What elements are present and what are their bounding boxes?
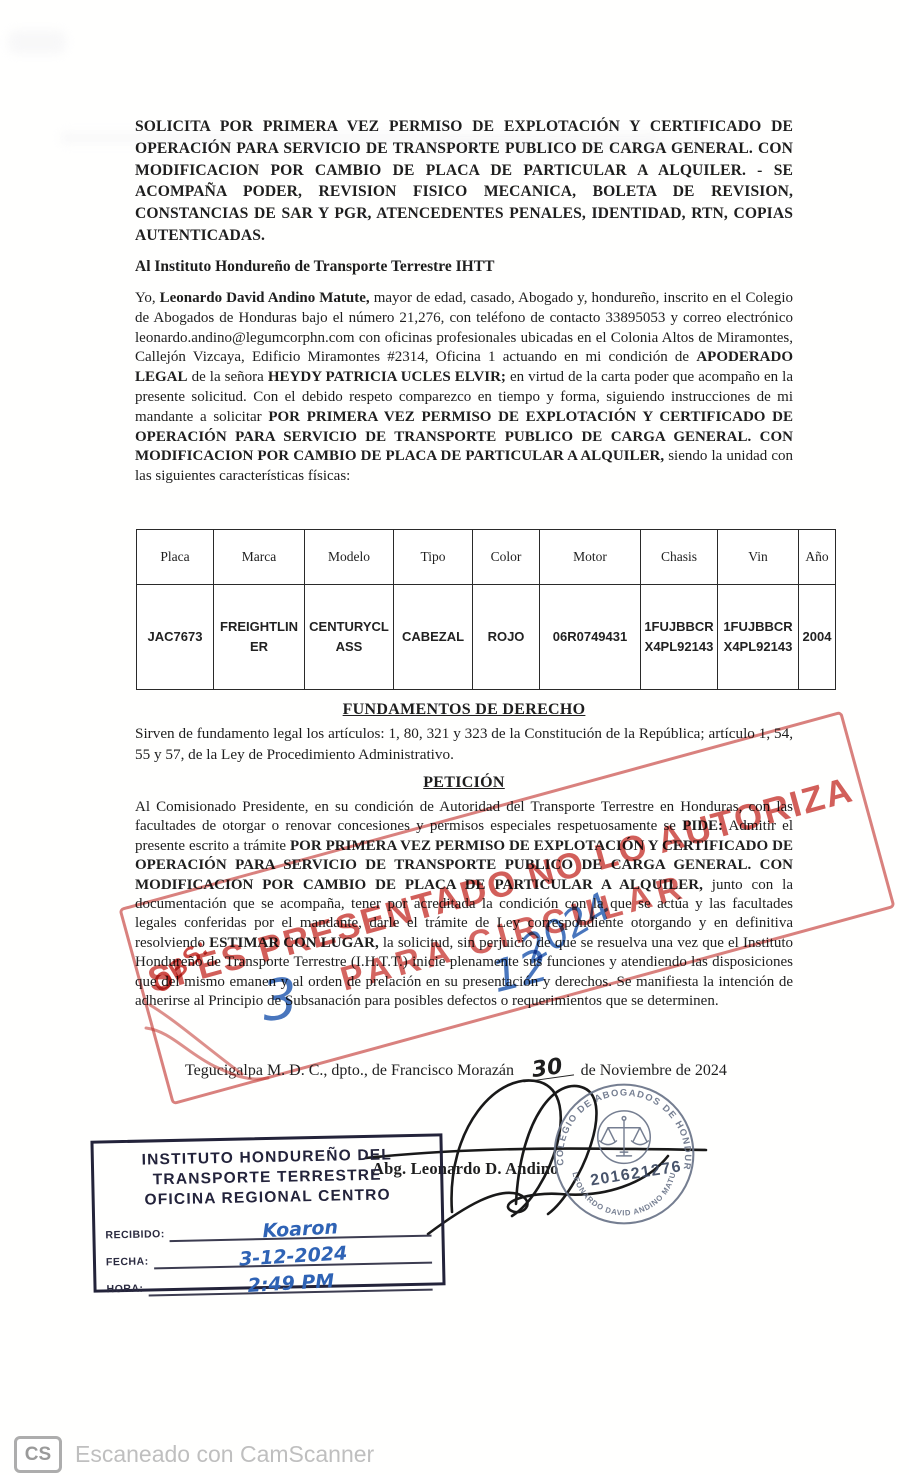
table-header-cell: Año <box>799 530 836 585</box>
table-header-cell: Modelo <box>305 530 394 585</box>
bar-association-seal: COLEGIO DE ABOGADOS DE HONDURAS LEONARDO… <box>549 1079 699 1229</box>
fundamentos-title: FUNDAMENTOS DE DERECHO <box>135 701 793 719</box>
bold-text-run: PIDE: <box>682 818 723 834</box>
peticion-title: PETICIÓN <box>135 774 793 792</box>
scales-of-justice-icon <box>600 1117 649 1156</box>
camscanner-footer-text: Escaneado con CamScanner <box>75 1441 374 1468</box>
svg-text:COLEGIO DE ABOGADOS DE HONDURA: COLEGIO DE ABOGADOS DE HONDURAS <box>549 1079 693 1171</box>
bold-text-run: HEYDY PATRICIA UCLES ELVIR; <box>268 369 506 385</box>
table-header-cell: Vin <box>718 530 799 585</box>
table-cell: JAC7673 <box>137 585 214 690</box>
table-cell: 1FUJBBCR X4PL92143 <box>718 585 799 690</box>
camscanner-footer: CS Escaneado con CamScanner <box>14 1436 374 1473</box>
camscanner-logo-icon: CS <box>14 1436 62 1473</box>
text-run: de la señora <box>188 369 268 385</box>
table-header-cell: Tipo <box>394 530 473 585</box>
vehicle-table: PlacaMarcaModeloTipoColorMotorChasisVinA… <box>136 529 836 690</box>
table-row: JAC7673FREIGHTLINERCENTURYCLASSCABEZALRO… <box>137 585 836 690</box>
table-cell: CENTURYCLASS <box>305 585 394 690</box>
table-header-cell: Chasis <box>641 530 718 585</box>
scanned-legal-document: SOLICITA POR PRIMERA VEZ PERMISO DE EXPL… <box>0 0 909 1475</box>
bold-text-run: ESTIMAR CON LUGAR, <box>209 935 379 951</box>
table-header-cell: Placa <box>137 530 214 585</box>
table-cell: CABEZAL <box>394 585 473 690</box>
handwritten-day: 30 <box>521 1057 574 1083</box>
table-cell: FREIGHTLINER <box>214 585 305 690</box>
table-cell: 06R0749431 <box>540 585 641 690</box>
seal-inner-ring <box>598 1111 651 1164</box>
bold-text-run: Leonardo David Andino Matute, <box>160 290 370 306</box>
recibido-handwritten-value: Koaron <box>262 1217 339 1243</box>
table-header-row: PlacaMarcaModeloTipoColorMotorChasisVinA… <box>137 530 836 585</box>
received-stamp-box: INSTITUTO HONDUREÑO DEL TRANSPORTE TERRE… <box>90 1133 445 1292</box>
seal-top-text: COLEGIO DE ABOGADOS DE HONDURAS <box>549 1079 693 1171</box>
text-run: Yo, <box>135 290 160 306</box>
seal-outer-ring <box>555 1085 694 1224</box>
recibido-label: RECIBIDO: <box>105 1229 165 1244</box>
seal-bottom-text: LEONARDO DAVID ANDINO MATUTE · <box>549 1079 678 1217</box>
fecha-label: FECHA: <box>106 1256 149 1271</box>
received-stamp-fields: RECIBIDO: Koaron FECHA: 3-12-2024 HORA: … <box>105 1210 433 1298</box>
fundamentos-body: Sirven de fundamento legal los artículos… <box>135 724 793 765</box>
hora-line: 2:49 PM <box>148 1267 433 1297</box>
hora-handwritten-value: 2:49 PM <box>247 1271 335 1298</box>
scan-smudge <box>8 30 66 54</box>
intro-paragraph: Yo, Leonardo David Andino Matute, mayor … <box>135 289 793 487</box>
peticion-paragraph: Al Comisionado Presidente, en su condici… <box>135 798 793 1011</box>
table-cell: 2004 <box>799 585 836 690</box>
table-header-cell: Marca <box>214 530 305 585</box>
addressee-line: Al Instituto Hondureño de Transporte Ter… <box>135 258 793 276</box>
table-header-cell: Motor <box>540 530 641 585</box>
hora-label: HORA: <box>106 1283 143 1298</box>
doc-heading: SOLICITA POR PRIMERA VEZ PERMISO DE EXPL… <box>135 116 793 247</box>
table-header-cell: Color <box>473 530 540 585</box>
table-cell: 1FUJBBCRX4PL92143 <box>641 585 718 690</box>
dateline-prefix: Tegucigalpa M. D. C., dpto., de Francisc… <box>185 1062 514 1080</box>
svg-text:LEONARDO DAVID ANDINO MATUTE ·: LEONARDO DAVID ANDINO MATUTE · <box>549 1079 678 1217</box>
dateline-suffix: de Noviembre de 2024 <box>581 1062 727 1080</box>
dateline: Tegucigalpa M. D. C., dpto., de Francisc… <box>185 1060 727 1080</box>
table-cell: ROJO <box>473 585 540 690</box>
seal-number: 201621276 <box>589 1158 683 1189</box>
